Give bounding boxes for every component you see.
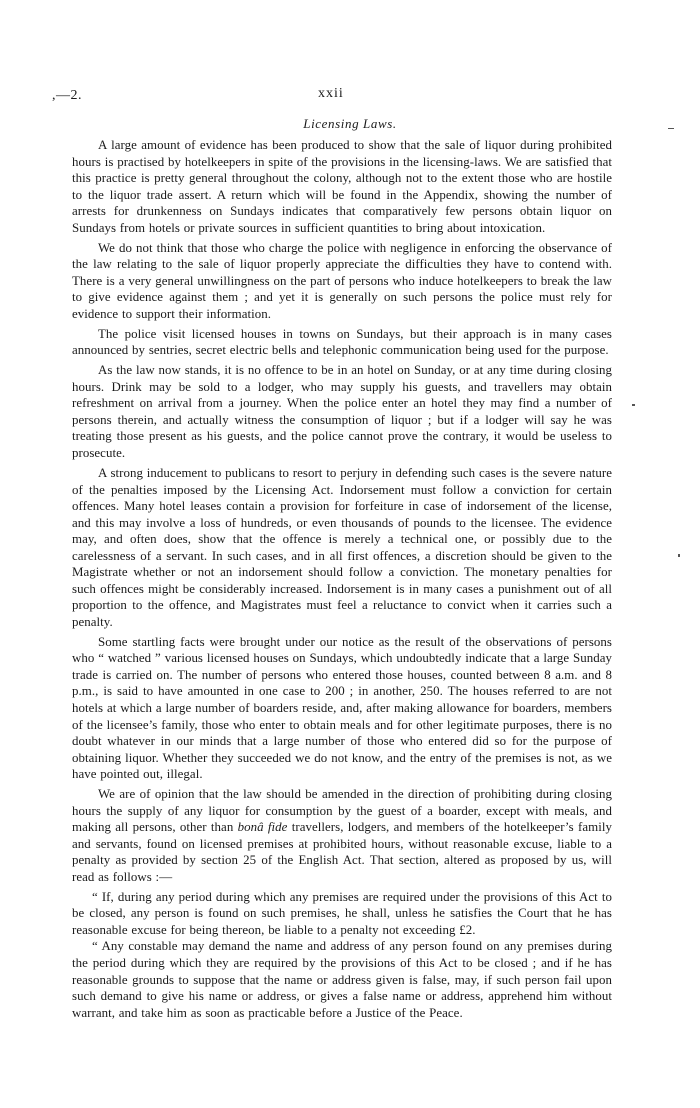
- page-reference: ,—2.: [52, 88, 82, 104]
- scan-speck: [668, 128, 674, 129]
- paragraph-startling-facts: Some startling facts were brought under …: [72, 634, 612, 783]
- paragraph-police-negligence: We do not think that those who charge th…: [72, 240, 612, 323]
- scan-speck: [678, 554, 680, 557]
- scan-speck: [632, 404, 635, 406]
- paragraph-law-stands: As the law now stands, it is no offence …: [72, 362, 612, 461]
- paragraph-police-visits: The police visit licensed houses in town…: [72, 326, 612, 359]
- section-title: Licensing Laws.: [0, 116, 700, 132]
- quote-penalty-clause: “ If, during any period during which any…: [72, 889, 612, 939]
- body-text: A large amount of evidence has been prod…: [72, 137, 612, 1021]
- italic-term: bonâ fide: [238, 820, 288, 834]
- quote-constable-clause: “ Any constable may demand the name and …: [72, 938, 612, 1021]
- paragraph-perjury-inducement: A strong inducement to publicans to reso…: [72, 465, 612, 630]
- paragraph-opinion-amendment: We are of opinion that the law should be…: [72, 786, 612, 885]
- paragraph-evidence: A large amount of evidence has been prod…: [72, 137, 612, 236]
- page-number: xxii: [318, 86, 344, 102]
